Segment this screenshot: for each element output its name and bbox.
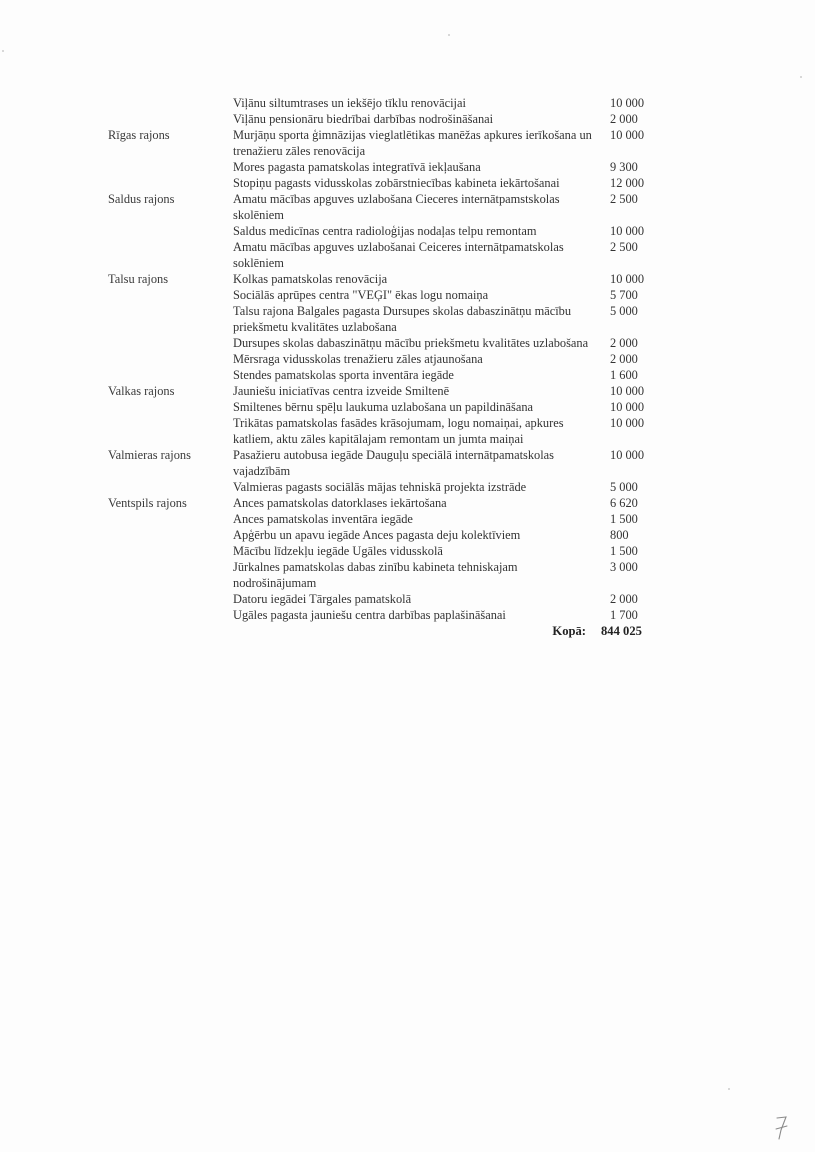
description-cell: Ances pamatskolas inventāra iegāde (233, 511, 601, 527)
table-row: Talsu rajonsKolkas pamatskolas renovācij… (108, 271, 668, 287)
amount-cell: 2 000 (610, 111, 668, 127)
amount-cell: 3 000 (610, 559, 668, 575)
table-row: Jūrkalnes pamatskolas dabas zinību kabin… (108, 559, 668, 591)
district-cell: Valmieras rajons (108, 447, 233, 463)
amount-cell: 10 000 (610, 415, 668, 431)
table-row: Mores pagasta pamatskolas integratīvā ie… (108, 159, 668, 175)
table-row: Apģērbu un apavu iegāde Ances pagasta de… (108, 527, 668, 543)
description-cell: Ugāles pagasta jauniešu centra darbības … (233, 607, 601, 623)
table-row: Stendes pamatskolas sporta inventāra ieg… (108, 367, 668, 383)
amount-cell: 2 500 (610, 239, 668, 255)
scan-speck (800, 76, 802, 78)
description-cell: Jauniešu iniciatīvas centra izveide Smil… (233, 383, 601, 399)
district-cell: Valkas rajons (108, 383, 233, 399)
amount-cell: 5 000 (610, 479, 668, 495)
table-row: Viļānu siltumtrases un iekšējo tīklu ren… (108, 95, 668, 111)
amount-cell: 1 500 (610, 511, 668, 527)
table-row: Dursupes skolas dabaszinātņu mācību prie… (108, 335, 668, 351)
district-cell: Ventspils rajons (108, 495, 233, 511)
table-row: Rīgas rajonsMurjāņu sporta ģimnāzijas vi… (108, 127, 668, 159)
description-cell: Pasažieru autobusa iegāde Dauguļu speciā… (233, 447, 601, 479)
description-cell: Murjāņu sporta ģimnāzijas vieglatlētikas… (233, 127, 601, 159)
table-row: Talsu rajona Balgales pagasta Dursupes s… (108, 303, 668, 335)
amount-cell: 2 000 (610, 591, 668, 607)
table-row: Saldus rajonsAmatu mācības apguves uzlab… (108, 191, 668, 223)
district-cell: Saldus rajons (108, 191, 233, 207)
description-cell: Saldus medicīnas centra radioloģijas nod… (233, 223, 601, 239)
table-row: Valmieras pagasts sociālās mājas tehnisk… (108, 479, 668, 495)
amount-cell: 6 620 (610, 495, 668, 511)
amount-cell: 5 000 (610, 303, 668, 319)
district-cell: Talsu rajons (108, 271, 233, 287)
amount-cell: 10 000 (610, 271, 668, 287)
total-label: Kopā: (108, 623, 601, 639)
amount-cell: 10 000 (610, 447, 668, 463)
description-cell: Trikātas pamatskolas fasādes krāsojumam,… (233, 415, 601, 447)
table-row: Sociālās aprūpes centra "VEĢI" ēkas logu… (108, 287, 668, 303)
description-cell: Valmieras pagasts sociālās mājas tehnisk… (233, 479, 601, 495)
amount-cell: 10 000 (610, 223, 668, 239)
description-cell: Apģērbu un apavu iegāde Ances pagasta de… (233, 527, 601, 543)
amount-cell: 10 000 (610, 383, 668, 399)
table-row: Ugāles pagasta jauniešu centra darbības … (108, 607, 668, 623)
amount-cell: 1 700 (610, 607, 668, 623)
scan-speck (448, 34, 450, 36)
scan-speck (2, 50, 4, 52)
amount-cell: 10 000 (610, 399, 668, 415)
description-cell: Ances pamatskolas datorklases iekārtošan… (233, 495, 601, 511)
amount-cell: 5 700 (610, 287, 668, 303)
district-cell: Rīgas rajons (108, 127, 233, 143)
description-cell: Mācību līdzekļu iegāde Ugāles vidusskolā (233, 543, 601, 559)
description-cell: Jūrkalnes pamatskolas dabas zinību kabin… (233, 559, 601, 591)
table-row: Viļānu pensionāru biedrībai darbības nod… (108, 111, 668, 127)
table-row: Datoru iegādei Tārgales pamatskolā2 000 (108, 591, 668, 607)
amount-cell: 1 500 (610, 543, 668, 559)
description-cell: Mērsraga vidusskolas trenažieru zāles at… (233, 351, 601, 367)
description-cell: Viļānu pensionāru biedrībai darbības nod… (233, 111, 601, 127)
document-page: Viļānu siltumtrases un iekšējo tīklu ren… (0, 0, 815, 1152)
table-row: Valkas rajonsJauniešu iniciatīvas centra… (108, 383, 668, 399)
table-row: Mērsraga vidusskolas trenažieru zāles at… (108, 351, 668, 367)
table-row: Ventspils rajonsAnces pamatskolas datork… (108, 495, 668, 511)
amount-cell: 2 000 (610, 335, 668, 351)
funding-table: Viļānu siltumtrases un iekšējo tīklu ren… (108, 95, 668, 639)
table-row: Amatu mācības apguves uzlabošanai Ceicer… (108, 239, 668, 271)
table-row: Ances pamatskolas inventāra iegāde1 500 (108, 511, 668, 527)
description-cell: Amatu mācības apguves uzlabošanai Ceicer… (233, 239, 601, 271)
amount-cell: 9 300 (610, 159, 668, 175)
description-cell: Stopiņu pagasts vidusskolas zobārstniecī… (233, 175, 601, 191)
table-row: Trikātas pamatskolas fasādes krāsojumam,… (108, 415, 668, 447)
total-row: Kopā: 844 025 (108, 623, 668, 639)
scan-speck (728, 1088, 730, 1090)
description-cell: Talsu rajona Balgales pagasta Dursupes s… (233, 303, 601, 335)
amount-cell: 10 000 (610, 95, 668, 111)
description-cell: Stendes pamatskolas sporta inventāra ieg… (233, 367, 601, 383)
description-cell: Datoru iegādei Tārgales pamatskolā (233, 591, 601, 607)
table-row: Valmieras rajonsPasažieru autobusa iegād… (108, 447, 668, 479)
amount-cell: 1 600 (610, 367, 668, 383)
description-cell: Kolkas pamatskolas renovācija (233, 271, 601, 287)
amount-cell: 2 500 (610, 191, 668, 207)
description-cell: Viļānu siltumtrases un iekšējo tīklu ren… (233, 95, 601, 111)
amount-cell: 800 (610, 527, 668, 543)
handwritten-page-number: 7 (772, 1114, 792, 1142)
table-row: Smiltenes bērnu spēļu laukuma uzlabošana… (108, 399, 668, 415)
amount-cell: 12 000 (610, 175, 668, 191)
description-cell: Mores pagasta pamatskolas integratīvā ie… (233, 159, 601, 175)
description-cell: Sociālās aprūpes centra "VEĢI" ēkas logu… (233, 287, 601, 303)
amount-cell: 2 000 (610, 351, 668, 367)
svg-text:7: 7 (772, 1114, 773, 1115)
table-row: Mācību līdzekļu iegāde Ugāles vidusskolā… (108, 543, 668, 559)
description-cell: Smiltenes bērnu spēļu laukuma uzlabošana… (233, 399, 601, 415)
total-value: 844 025 (601, 623, 668, 639)
description-cell: Amatu mācības apguves uzlabošana Ciecere… (233, 191, 601, 223)
table-row: Saldus medicīnas centra radioloģijas nod… (108, 223, 668, 239)
table-row: Stopiņu pagasts vidusskolas zobārstniecī… (108, 175, 668, 191)
amount-cell: 10 000 (610, 127, 668, 143)
description-cell: Dursupes skolas dabaszinātņu mācību prie… (233, 335, 601, 351)
